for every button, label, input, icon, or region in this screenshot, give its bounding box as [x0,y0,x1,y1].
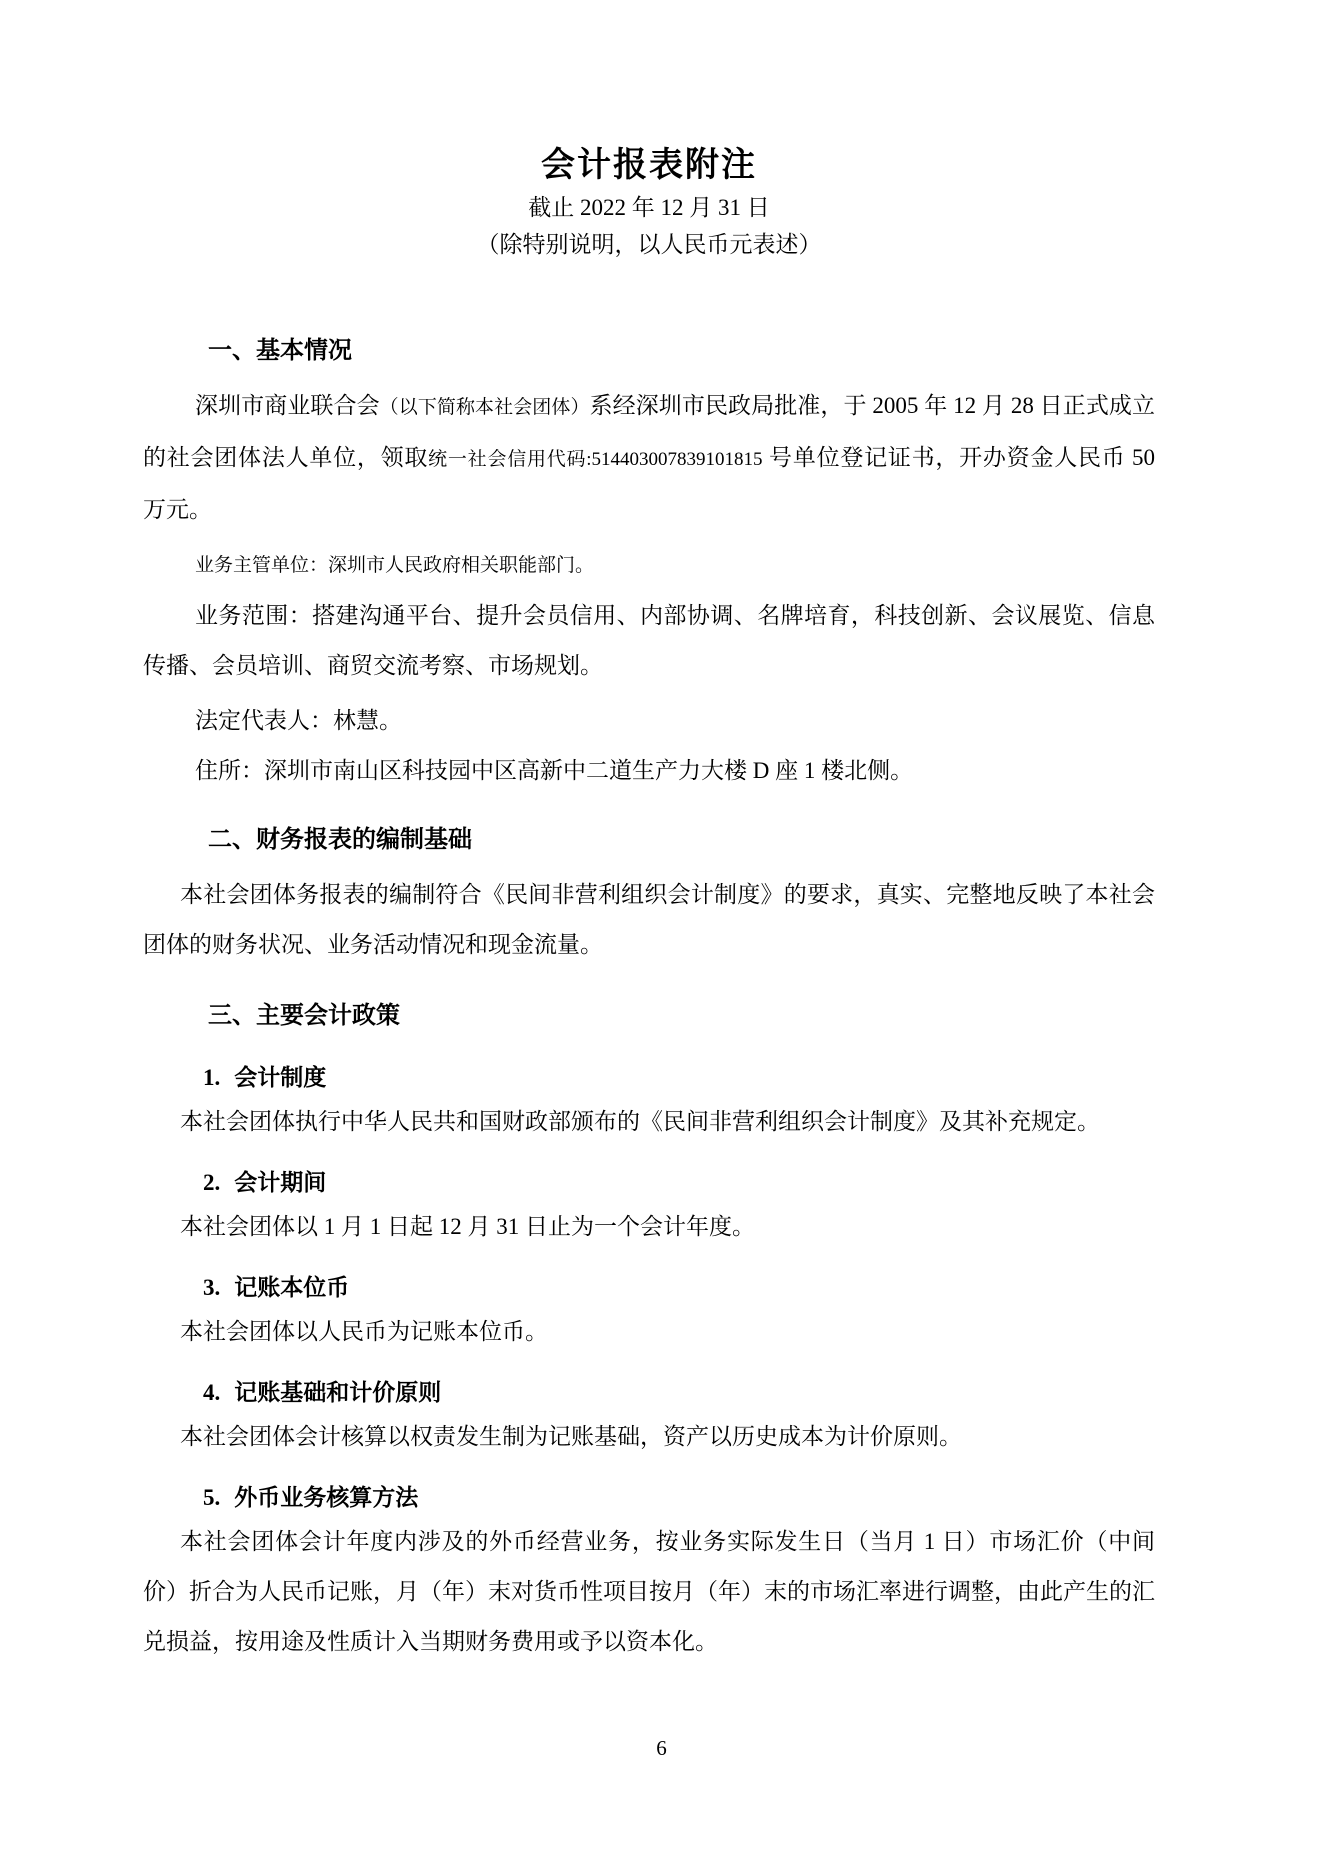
paragraph-supervisor-unit: 业务主管单位：深圳市人民政府相关职能部门。 [143,541,1155,591]
subsection-foreign-currency-heading: 5.外币业务核算方法 [143,1474,1155,1521]
subsection-title: 会计制度 [234,1064,326,1090]
credit-code-segment: 统一社会信用代码:514403007839101815 [428,449,762,470]
subsection-accounting-system-heading: 1.会计制度 [143,1054,1155,1101]
subsection-title: 外币业务核算方法 [234,1484,418,1510]
paragraph-legal-representative: 法定代表人：林慧。 [143,696,1155,746]
subsection-number: 5. [203,1485,220,1510]
subsection-number: 2. [203,1170,220,1195]
establishment-text-segment: 深圳市商业联合会 [195,393,380,418]
subsection-title: 记账基础和计价原则 [234,1379,441,1405]
subsection-number: 4. [203,1380,220,1405]
subsection-title: 记账本位币 [234,1274,349,1300]
paragraph-accounting-basis: 本社会团体会计核算以权责发生制为记账基础，资产以历史成本为计价原则。 [143,1412,1155,1462]
section-accounting-policies-heading: 三、主要会计政策 [143,990,1155,1042]
document-page: 会计报表附注 截止 2022 年 12 月 31 日 （除特别说明，以人民币元表… [0,0,1323,1871]
paragraph-functional-currency: 本社会团体以人民币为记账本位币。 [143,1307,1155,1357]
page-number: 6 [0,1736,1323,1761]
paragraph-establishment: 深圳市商业联合会（以下简称本社会团体）系经深圳市民政局批准，于 2005 年 1… [143,381,1155,535]
subtitle-note: （除特别说明，以人民币元表述） [143,226,1155,263]
paragraph-accounting-period: 本社会团体以 1 月 1 日起 12 月 31 日止为一个会计年度。 [143,1202,1155,1252]
subsection-number: 3. [203,1275,220,1300]
subsection-title: 会计期间 [234,1169,326,1195]
paragraph-accounting-system: 本社会团体执行中华人民共和国财政部颁布的《民间非营利组织会计制度》及其补充规定。 [143,1097,1155,1147]
subsection-functional-currency-heading: 3.记账本位币 [143,1264,1155,1311]
subsection-accounting-period-heading: 2.会计期间 [143,1159,1155,1206]
paragraph-business-scope: 业务范围：搭建沟通平台、提升会员信用、内部协调、名牌培育，科技创新、会议展览、信… [143,591,1155,691]
paragraph-address: 住所：深圳市南山区科技园中区高新中二道生产力大楼 D 座 1 楼北侧。 [143,746,1155,796]
establishment-abbreviation-segment: （以下简称本社会团体） [380,397,590,418]
subsection-accounting-basis-heading: 4.记账基础和计价原则 [143,1369,1155,1416]
paragraph-reporting-basis: 本社会团体务报表的编制符合《民间非营利组织会计制度》的要求，真实、完整地反映了本… [143,870,1155,970]
page-title: 会计报表附注 [143,143,1155,189]
subtitle-date: 截止 2022 年 12 月 31 日 [143,189,1155,226]
paragraph-foreign-currency: 本社会团体会计年度内涉及的外币经营业务，按业务实际发生日（当月 1 日）市场汇价… [143,1517,1155,1667]
section-reporting-basis-heading: 二、财务报表的编制基础 [143,814,1155,866]
subsection-number: 1. [203,1065,220,1090]
section-basic-info-heading: 一、基本情况 [143,325,1155,377]
